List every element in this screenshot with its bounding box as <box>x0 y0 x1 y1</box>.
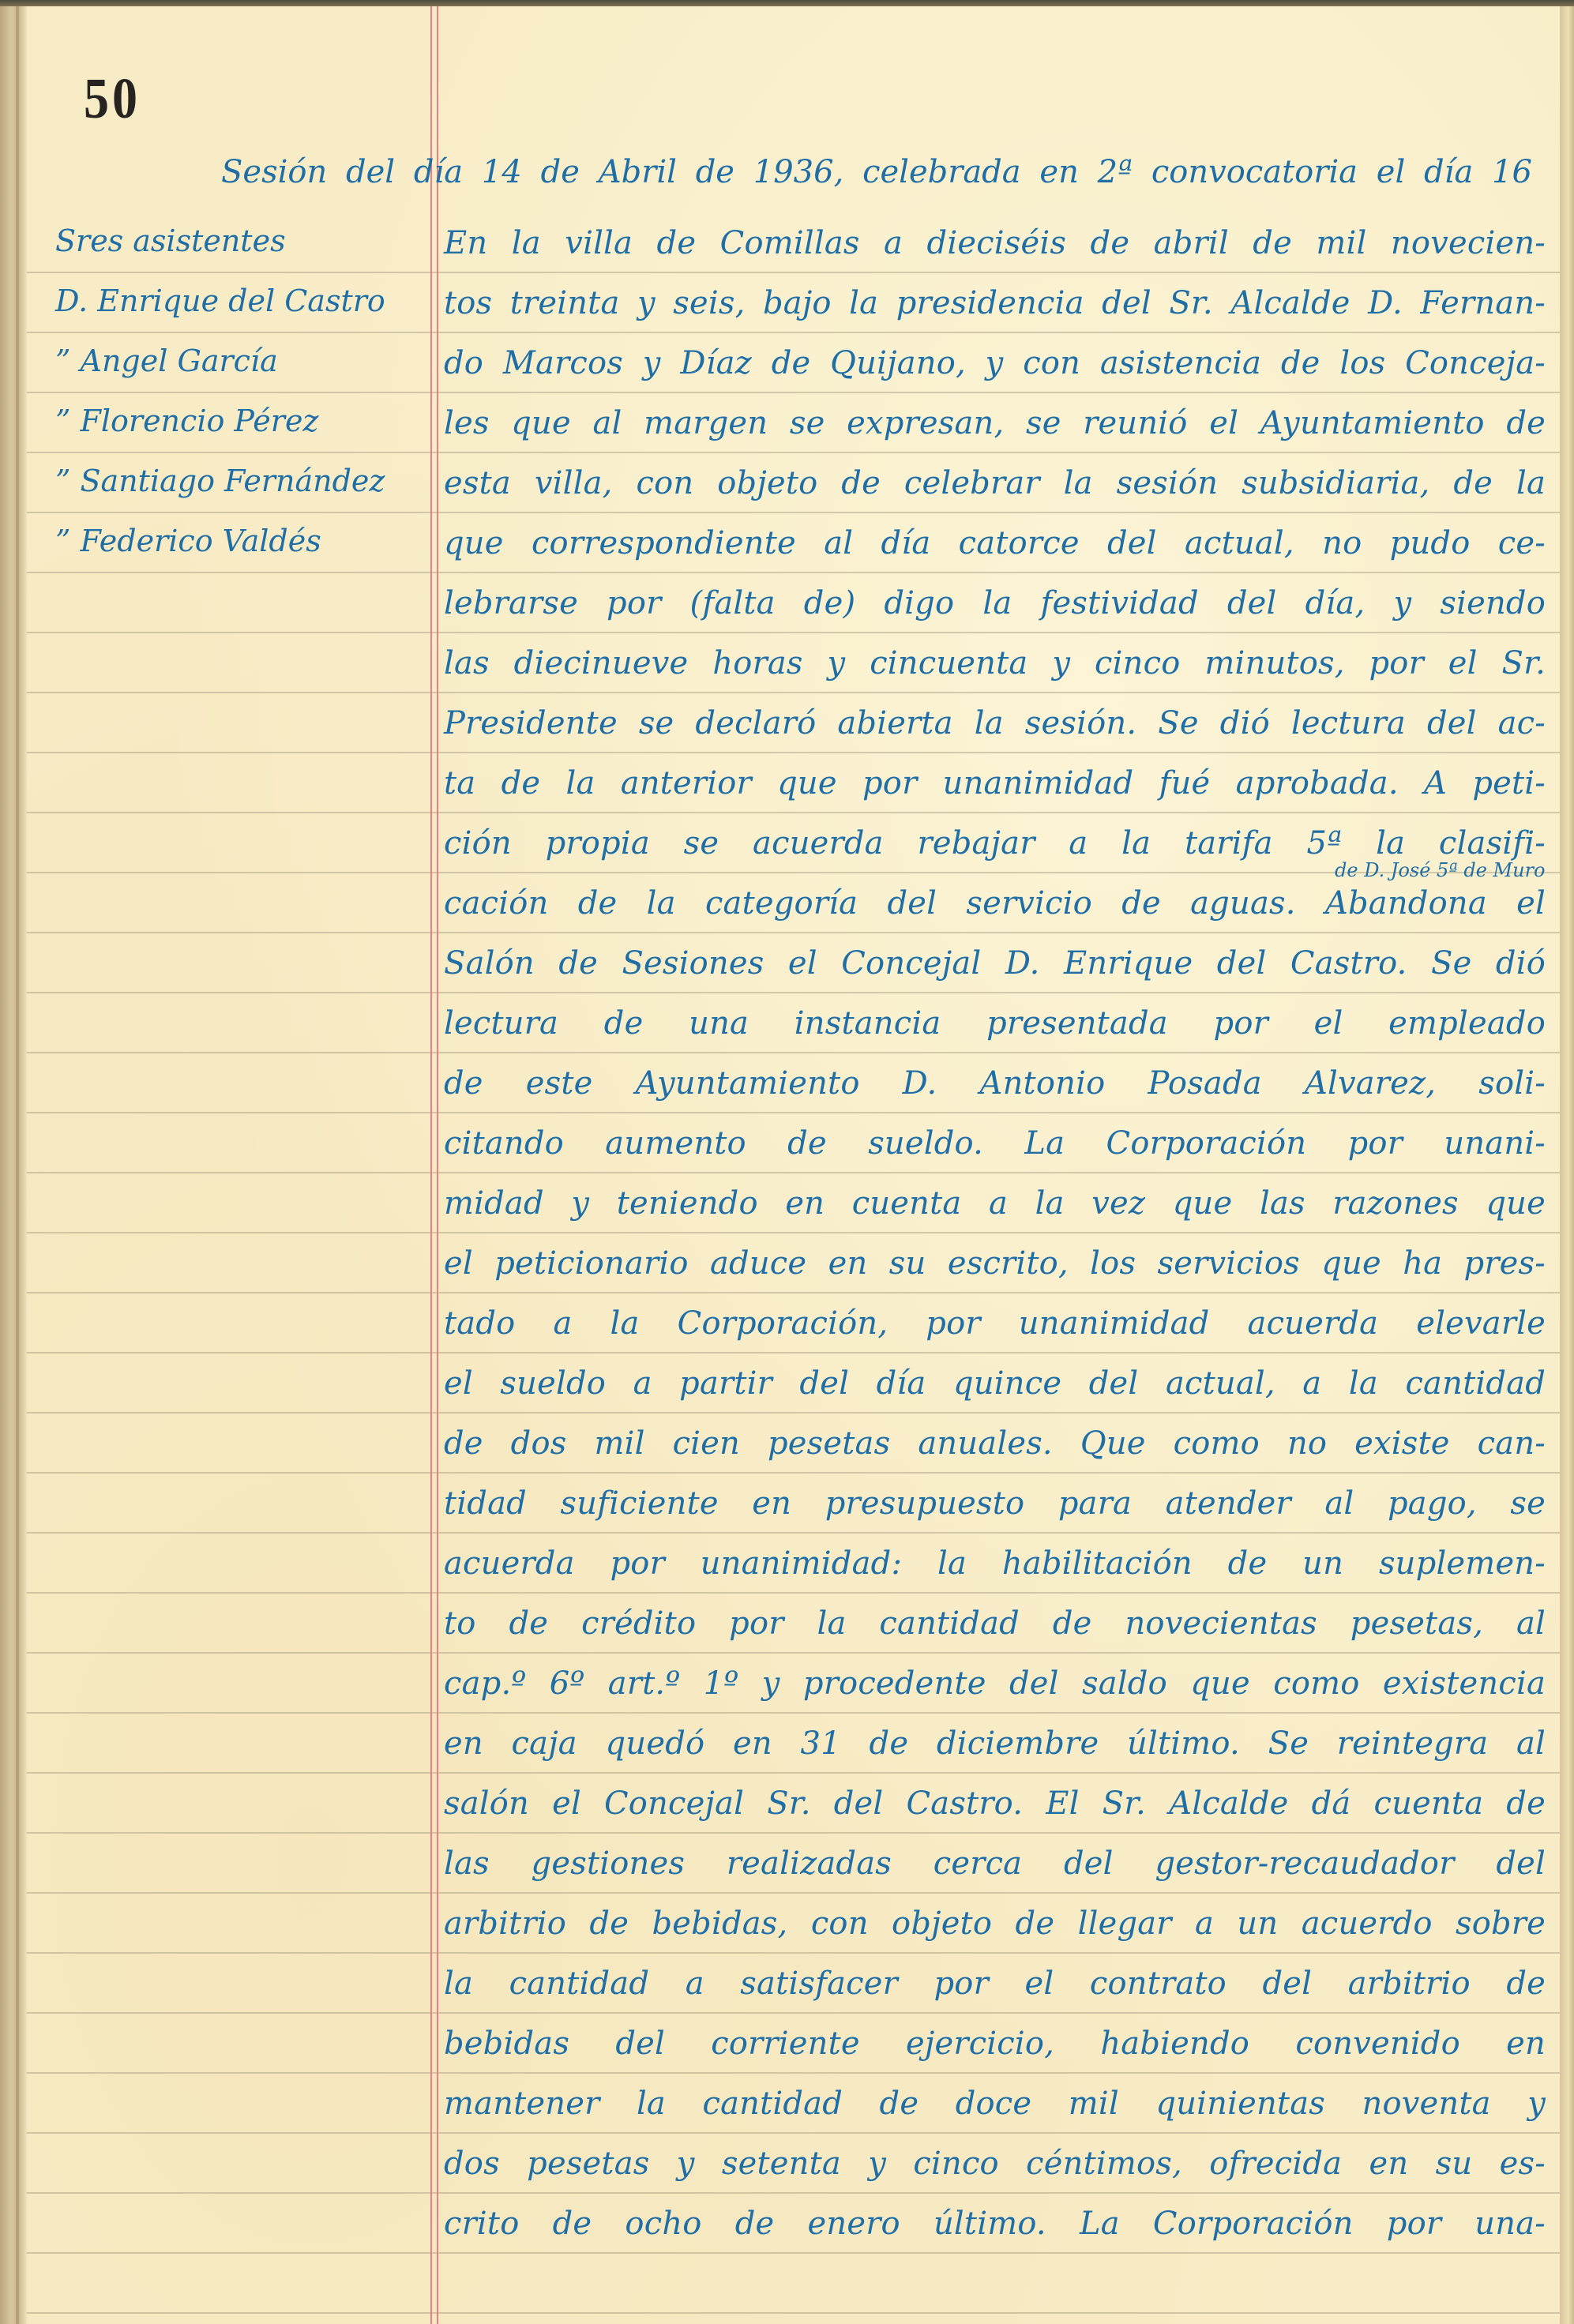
page-number: 50 <box>84 65 141 132</box>
attendee: ” Santiago Fernández <box>55 466 385 496</box>
rule-line <box>27 1112 1560 1113</box>
rule-line <box>27 2072 1560 2074</box>
rule-line <box>27 992 1560 993</box>
rule-line <box>27 752 1560 753</box>
rule-line <box>27 512 1560 513</box>
rule-line <box>27 2312 1560 2314</box>
rule-line <box>27 692 1560 693</box>
rule-line <box>27 452 1560 453</box>
rule-line <box>27 392 1560 393</box>
body-line: cación de la categoría del servicio de a… <box>444 888 1546 919</box>
body-line: Presidente se declaró abierta la sesión.… <box>444 708 1546 739</box>
body-line: las diecinueve horas y cincuenta y cinco… <box>444 648 1546 679</box>
rule-line <box>27 1592 1560 1594</box>
rule-line <box>27 932 1560 933</box>
body-line: esta villa, con objeto de celebrar la se… <box>444 467 1546 499</box>
rule-line <box>27 1292 1560 1293</box>
rule-line <box>27 2012 1560 2014</box>
rule-line <box>27 1772 1560 1774</box>
body-line: les que al margen se expresan, se reunió… <box>444 407 1546 439</box>
body-line: crito de ocho de enero último. La Corpor… <box>444 2208 1546 2240</box>
rule-line <box>27 1952 1560 1954</box>
body-line: Salón de Sesiones el Concejal D. Enrique… <box>444 948 1546 979</box>
attendee: ” Florencio Pérez <box>55 406 318 436</box>
attendee: ” Federico Valdés <box>55 526 321 556</box>
rule-line <box>27 1232 1560 1233</box>
body-line: en caja quedó en 31 de diciembre último.… <box>444 1728 1546 1759</box>
rule-line <box>27 1532 1560 1534</box>
rule-line <box>27 1652 1560 1654</box>
rule-line <box>27 2192 1560 2194</box>
body-line: to de crédito por la cantidad de novecie… <box>444 1608 1546 1639</box>
body-line: dos pesetas y setenta y cinco céntimos, … <box>444 2148 1546 2179</box>
rule-line <box>27 632 1560 633</box>
ledger-page: 50 Sesión del día 14 de Abril de 1936, c… <box>0 6 1560 2324</box>
attendee: ” Angel García <box>55 346 278 376</box>
rule-line <box>27 2252 1560 2254</box>
rule-line <box>27 2132 1560 2134</box>
body-line: salón el Concejal Sr. del Castro. El Sr.… <box>444 1788 1546 1819</box>
rule-line <box>27 1832 1560 1834</box>
rule-line <box>27 1712 1560 1714</box>
body-line: el sueldo a partir del día quince del ac… <box>444 1368 1546 1399</box>
body-line: el peticionario aduce en su escrito, los… <box>444 1248 1546 1279</box>
body-line: tado a la Corporación, por unanimidad ac… <box>444 1308 1546 1339</box>
rule-line <box>27 812 1560 813</box>
rule-line <box>27 572 1560 573</box>
session-heading: Sesión del día 14 de Abril de 1936, cele… <box>221 156 1532 188</box>
body-line: midad y teniendo en cuenta a la vez que … <box>444 1188 1546 1219</box>
rule-line <box>27 332 1560 333</box>
rule-line <box>27 1352 1560 1353</box>
rule-line <box>27 1472 1560 1474</box>
body-line: tidad suficiente en presupuesto para ate… <box>444 1488 1546 1519</box>
body-line: mantener la cantidad de doce mil quinien… <box>444 2088 1546 2119</box>
body-line: lebrarse por (falta de) digo la festivid… <box>444 588 1546 619</box>
body-line: citando aumento de sueldo. La Corporació… <box>444 1128 1546 1159</box>
body-line: que correspondiente al día catorce del a… <box>444 527 1546 559</box>
attendees-title: Sres asistentes <box>55 226 286 256</box>
binding-edge <box>0 6 27 2324</box>
body-line: acuerda por unanimidad: la habilitación … <box>444 1548 1546 1579</box>
rule-line <box>27 1172 1560 1173</box>
interlinear-note: de D. José 5ª de Muro <box>1335 861 1546 880</box>
body-line: de dos mil cien pesetas anuales. Que com… <box>444 1428 1546 1459</box>
rule-line <box>27 1892 1560 1894</box>
body-line: la cantidad a satisfacer por el contrato… <box>444 1968 1546 1999</box>
margin-line-left <box>430 6 432 2324</box>
rule-line <box>27 1052 1560 1053</box>
rule-line <box>27 1412 1560 1414</box>
body-line: lectura de una instancia presentada por … <box>444 1008 1546 1039</box>
body-line: bebidas del corriente ejercicio, habiend… <box>444 2028 1546 2059</box>
rule-line <box>27 272 1560 273</box>
rule-line <box>27 872 1560 873</box>
body-line: cap.º 6º art.º 1º y procedente del saldo… <box>444 1668 1546 1699</box>
body-line: tos treinta y seis, bajo la presidencia … <box>444 287 1546 319</box>
body-line: ta de la anterior que por unanimidad fué… <box>444 768 1546 799</box>
body-line: En la villa de Comillas a dieciséis de a… <box>444 227 1546 259</box>
body-line: de este Ayuntamiento D. Antonio Posada A… <box>444 1068 1546 1099</box>
body-line: arbitrio de bebidas, con objeto de llega… <box>444 1908 1546 1939</box>
margin-line-right <box>437 6 438 2324</box>
next-page-edge <box>1560 6 1574 2324</box>
attendee: D. Enrique del Castro <box>55 286 385 316</box>
body-line: do Marcos y Díaz de Quijano, y con asist… <box>444 347 1546 379</box>
body-line: ción propia se acuerda rebajar a la tari… <box>444 828 1546 859</box>
body-line: las gestiones realizadas cerca del gesto… <box>444 1848 1546 1879</box>
